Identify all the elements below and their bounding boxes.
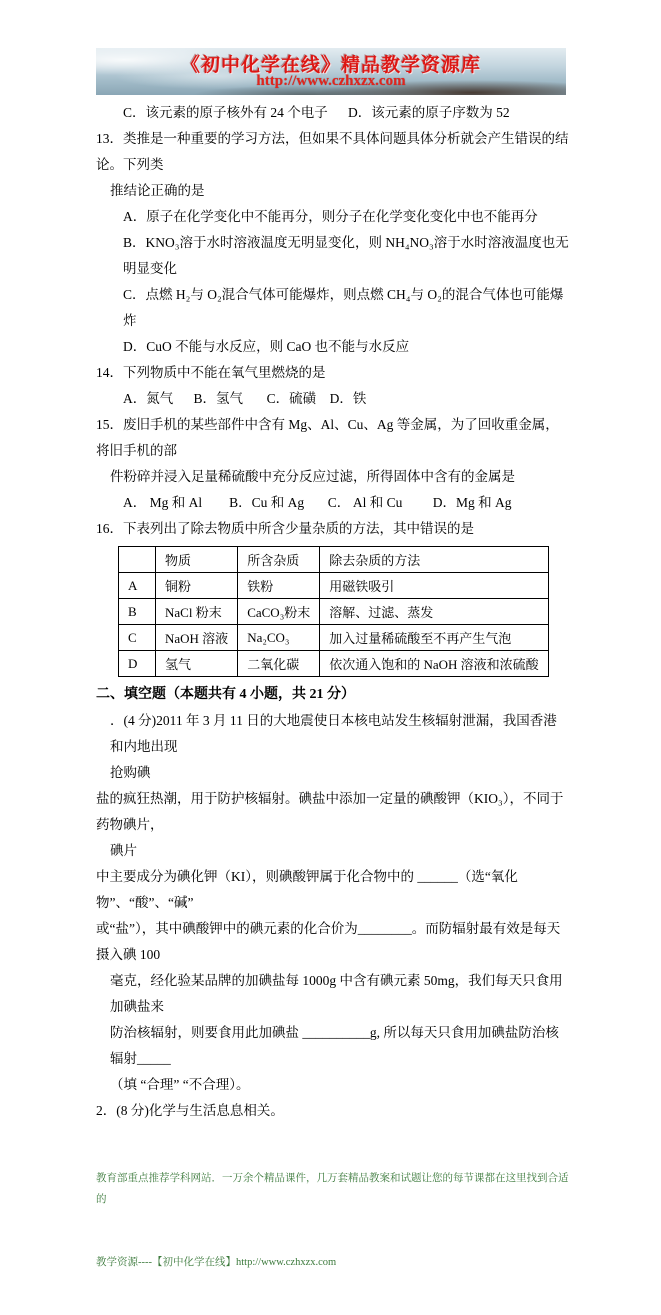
table-row: B NaCl 粉末 CaCO₃粉末 溶解、过滤、蒸发 bbox=[119, 599, 549, 625]
table-cell: NaCl 粉末 bbox=[156, 599, 238, 625]
table-cell: C bbox=[119, 625, 156, 651]
doc-line-fq1-cont3: 碘片 bbox=[96, 838, 570, 864]
table-row: A 铜粉 铁粉 用磁铁吸引 bbox=[119, 573, 549, 599]
table-cell: 铁粉 bbox=[238, 573, 320, 599]
table-cell: 二氧化碳 bbox=[238, 651, 320, 677]
site-banner: 《初中化学在线》精品教学资源库 http://www.czhxzx.com bbox=[96, 48, 566, 95]
table-row: D 氢气 二氧化碳 依次通入饱和的 NaOH 溶液和浓硫酸 bbox=[119, 651, 549, 677]
table-cell: 物质 bbox=[156, 547, 238, 573]
doc-line-fq1-cont5: 或“盐”），其中碘酸钾中的碘元素的化合价为________。而防辐射最有效是每天… bbox=[96, 916, 570, 935]
table-cell: 氢气 bbox=[156, 651, 238, 677]
table-cell: 所含杂质 bbox=[238, 547, 320, 573]
table-cell: 铜粉 bbox=[156, 573, 238, 599]
doc-line-q13-cont: 推结论正确的是 bbox=[96, 178, 570, 204]
table-cell: 用磁铁吸引 bbox=[320, 573, 548, 599]
doc-line-fq1-cont1: 抢购碘 bbox=[96, 760, 570, 786]
banner-url-link[interactable]: http://www.czhxzx.com bbox=[96, 73, 566, 90]
table-cell: 除去杂质的方法 bbox=[320, 547, 548, 573]
table-cell: 加入过量稀硫酸至不再产生气泡 bbox=[320, 625, 548, 651]
doc-line-fq1-cont4: 中主要成分为碘化钾（KI），则碘酸钾属于化合物中的 ______（选“氧化物”、… bbox=[96, 864, 570, 916]
doc-line-fq1-cont2: 盐的疯狂热潮，用于防护核辐射。碘盐中添加一定量的碘酸钾（KIO₃），不同于药物碘… bbox=[96, 786, 570, 838]
table-cell: B bbox=[119, 599, 156, 625]
doc-line-fq1: ．(4 分)2011 年 3 月 11 日的大地震使日本核电站发生核辐射泄漏，我… bbox=[96, 708, 570, 760]
section-heading-fill-in: 二、填空题（本题共有 4 小题，共 21 分） bbox=[96, 681, 570, 708]
table-cell: D bbox=[119, 651, 156, 677]
table-cell: CaCO₃粉末 bbox=[238, 599, 320, 625]
impurity-removal-table: 物质 所含杂质 除去杂质的方法 A 铜粉 铁粉 用磁铁吸引 B NaCl 粉末 … bbox=[118, 546, 549, 677]
doc-line-q15: 15．废旧手机的某些部件中含有 Mg、Al、Cu、Ag 等金属，为了回收重金属，… bbox=[96, 412, 570, 464]
table-cell: 溶解、过滤、蒸发 bbox=[320, 599, 548, 625]
doc-line-q13-d: D．CuO 不能与水反应，则 CaO 也不能与水反应 bbox=[96, 334, 570, 360]
exam-document: 《初中化学在线》精品教学资源库 http://www.czhxzx.com C．… bbox=[96, 48, 570, 935]
doc-line-q13-b: B．KNO₃溶于水时溶液温度无明显变化，则 NH₄NO₃溶于水时溶液温度也无明显… bbox=[96, 230, 570, 282]
table-cell: 依次通入饱和的 NaOH 溶液和浓硫酸 bbox=[320, 651, 548, 677]
doc-line-q15-options: A． Mg 和 Al B．Cu 和 Ag C． Al 和 Cu D．Mg 和 A… bbox=[96, 490, 570, 516]
table-header-row: 物质 所含杂质 除去杂质的方法 bbox=[119, 547, 549, 573]
table-row: C NaOH 溶液 Na₂CO₃ 加入过量稀硫酸至不再产生气泡 bbox=[119, 625, 549, 651]
table-cell: A bbox=[119, 573, 156, 599]
doc-line-q15-cont: 件粉碎并浸入足量稀硫酸中充分反应过滤，所得固体中含有的金属是 bbox=[96, 464, 570, 490]
doc-line-q16: 16．下表列出了除去物质中所含少量杂质的方法，其中错误的是 bbox=[96, 516, 570, 542]
doc-line-q14-options: A．氮气 B．氢气 C．硫磺 D．铁 bbox=[96, 386, 570, 412]
table-cell bbox=[119, 547, 156, 573]
doc-line-q13: 13．类推是一种重要的学习方法，但如果不具体问题具体分析就会产生错误的结论。下列… bbox=[96, 126, 570, 178]
table-cell: Na₂CO₃ bbox=[238, 625, 320, 651]
table-cell: NaOH 溶液 bbox=[156, 625, 238, 651]
doc-line-q13-c: C．点燃 H₂与 O₂混合气体可能爆炸，则点燃 CH₄与 O₂的混合气体也可能爆… bbox=[96, 282, 570, 334]
doc-line-q14: 14．下列物质中不能在氧气里燃烧的是 bbox=[96, 360, 570, 386]
doc-line-q13-a: A．原子在化学变化中不能再分，则分子在化学变化变化中也不能再分 bbox=[96, 204, 570, 230]
doc-line-cd-options: C．该元素的原子核外有 24 个电子 D．该元素的原子序数为 52 bbox=[96, 100, 570, 126]
